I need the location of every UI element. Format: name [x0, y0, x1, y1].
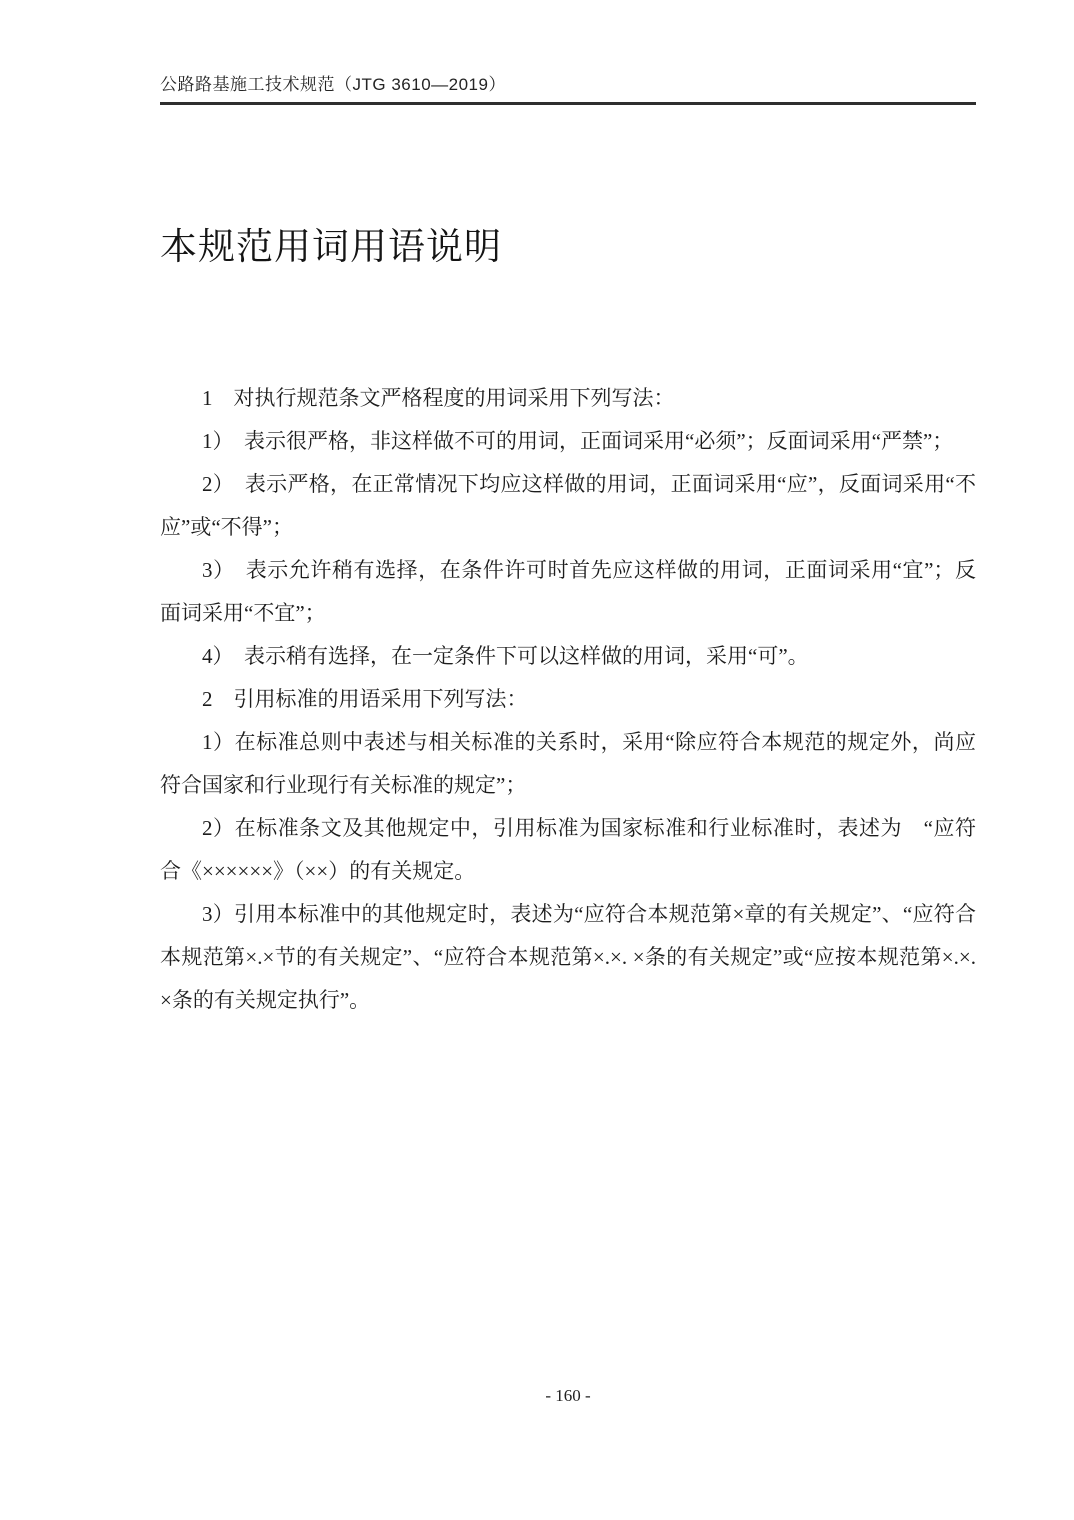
- paragraph-term-may: 4） 表示稍有选择，在一定条件下可以这样做的用词，采用“可”。: [160, 635, 976, 678]
- paragraph-term-must: 1） 表示很严格，非这样做不可的用词，正面词采用“必须”；反面词采用“严禁”；: [160, 420, 976, 463]
- paragraph-term-should: 3） 表示允许稍有选择，在条件许可时首先应这样做的用词，正面词采用“宜”；反面词…: [160, 549, 976, 635]
- paragraph-usage-intro: 1 对执行规范条文严格程度的用词采用下列写法：: [160, 377, 976, 420]
- paragraph-citation-external: 2）在标准条文及其他规定中，引用标准为国家标准和行业标准时，表述为 “应符合《×…: [160, 807, 976, 893]
- page-title: 本规范用词用语说明: [160, 216, 502, 270]
- paragraph-term-shall: 2） 表示严格，在正常情况下均应这样做的用词，正面词采用“应”，反面词采用“不应…: [160, 463, 976, 549]
- running-header: 公路路基施工技术规范（JTG 3610—2019）: [160, 74, 976, 105]
- paragraph-citation-internal: 3）引用本标准中的其他规定时，表述为“应符合本规范第×章的有关规定”、“应符合本…: [160, 893, 976, 1022]
- paragraph-citation-intro: 2 引用标准的用语采用下列写法：: [160, 678, 976, 721]
- document-page: 公路路基施工技术规范（JTG 3610—2019） 本规范用词用语说明 1 对执…: [0, 0, 1074, 1520]
- paragraph-citation-general: 1）在标准总则中表述与相关标准的关系时，采用“除应符合本规范的规定外，尚应符合国…: [160, 721, 976, 807]
- page-number: - 160 -: [160, 1386, 976, 1406]
- body-text: 1 对执行规范条文严格程度的用词采用下列写法： 1） 表示很严格，非这样做不可的…: [160, 377, 976, 1022]
